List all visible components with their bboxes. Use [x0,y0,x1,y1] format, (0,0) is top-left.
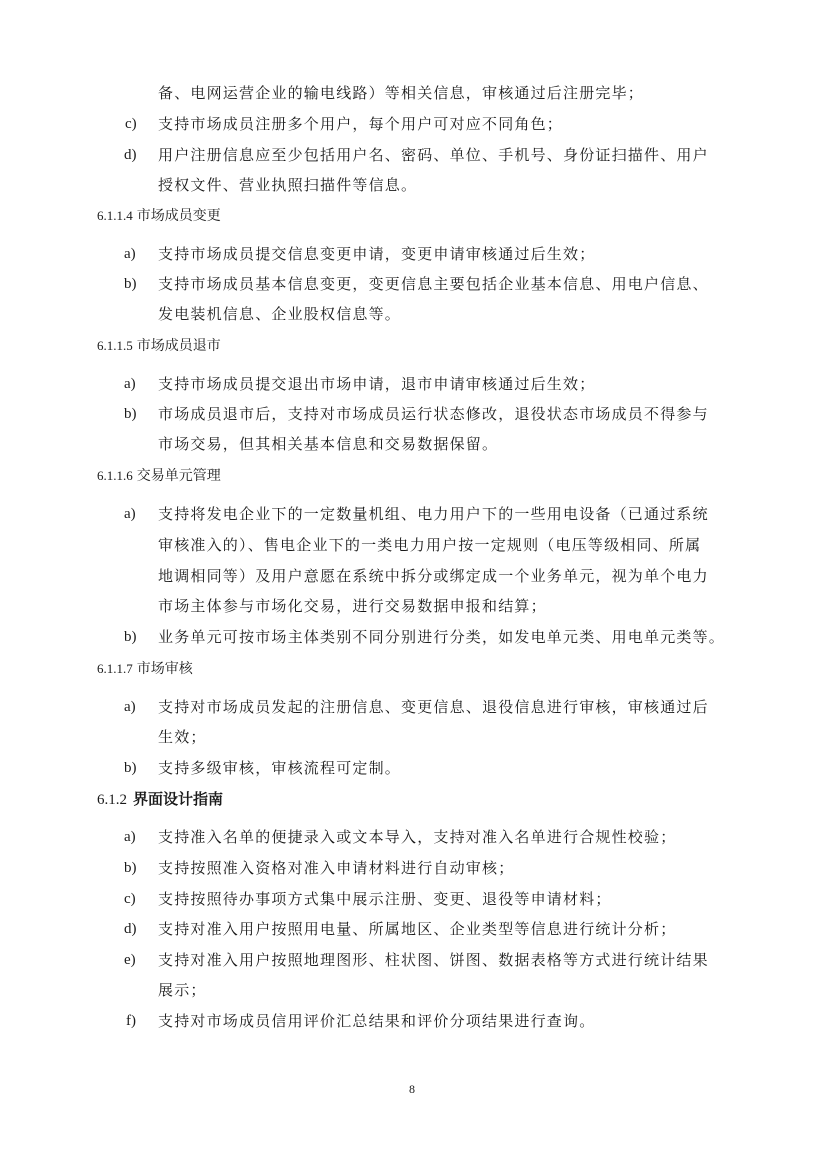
section-title: 市场审核 [137,661,193,677]
list-item-text: 展示； [158,980,207,1000]
list-item-text: 支持市场成员提交退出市场申请，退市申请审核通过后生效； [158,374,595,394]
list-item-text: 支持按照待办事项方式集中展示注册、变更、退役等申请材料； [158,889,612,909]
list-item-text: 支持按照准入资格对准入申请材料进行自动审核； [158,858,514,878]
section-title: 市场成员退市 [137,338,221,354]
list-item-text: 授权文件、营业执照扫描件等信息。 [158,175,417,195]
list-item-text: 支持对准入用户按照用电量、所属地区、企业类型等信息进行统计分析； [158,919,676,939]
list-item-text: 市场成员退市后，支持对市场成员运行状态修改，退役状态市场成员不得参与 [158,404,709,424]
list-item-text: 支持对市场成员信用评价汇总结果和评价分项结果进行查询。 [158,1011,595,1031]
page-number: 8 [409,1082,415,1097]
section-title: 交易单元管理 [137,468,221,484]
list-item-text: 地调相同等）及用户意愿在系统中拆分或绑定成一个业务单元，视为单个电力 [158,566,709,586]
list-item-text: 生效； [158,727,207,747]
list-item-text: 审核准入的）、售电企业下的一类电力用户按一定规则（电压等级相同、所属 [158,535,701,555]
list-item-text: 支持市场成员注册多个用户，每个用户可对应不同角色； [158,114,563,134]
list-item-text: 支持将发电企业下的一定数量机组、电力用户下的一些用电设备（已通过系统 [158,504,709,524]
list-item-text: 市场交易，但其相关基本信息和交易数据保留。 [158,434,498,454]
list-item-text: 支持准入名单的便捷录入或文本导入，支持对准入名单进行合规性校验； [158,827,676,847]
list-marker: b) [124,404,137,424]
list-marker: a) [124,697,136,717]
list-marker: b) [124,274,137,294]
list-marker: a) [124,374,136,394]
list-item-text: 用户注册信息应至少包括用户名、密码、单位、手机号、身份证扫描件、用户 [158,145,709,165]
list-marker: d) [124,919,137,939]
list-marker: c) [125,114,137,134]
section-heading: 6.1.1.7市场审核 [97,659,193,679]
section-number: 6.1.1.6 [97,468,133,483]
section-heading: 6.1.1.4市场成员变更 [97,206,221,226]
section-number: 6.1.1.5 [97,338,133,353]
list-marker: a) [124,827,136,847]
document-page: 备、电网运营企业的输电线路）等相关信息，审核通过后注册完毕； c) 支持市场成员… [0,0,827,1169]
section-number: 6.1.1.7 [97,661,133,676]
list-item-text: 支持多级审核，审核流程可定制。 [158,758,401,778]
list-marker: a) [124,504,136,524]
list-marker: b) [124,627,137,647]
list-item-text: 支持市场成员提交信息变更申请，变更申请审核通过后生效； [158,244,595,264]
list-item-text: 支持对准入用户按照地理图形、柱状图、饼图、数据表格等方式进行统计结果 [158,950,709,970]
list-item-text: 业务单元可按市场主体类别不同分别进行分类，如发电单元类、用电单元类等。 [158,627,725,647]
section-title: 市场成员变更 [137,208,221,224]
list-marker: b) [124,858,137,878]
list-marker: d) [124,145,137,165]
section-number: 6.1.1.4 [97,208,133,223]
list-marker: a) [124,244,136,264]
section-heading: 6.1.1.6交易单元管理 [97,466,221,486]
subsection-title: 界面设计指南 [133,790,223,808]
subsection-heading: 6.1.2界面设计指南 [97,789,223,810]
subsection-number: 6.1.2 [97,792,127,808]
list-item-text: 支持市场成员基本信息变更，变更信息主要包括企业基本信息、用电户信息、 [158,274,709,294]
section-heading: 6.1.1.5市场成员退市 [97,336,221,356]
list-item-text: 市场主体参与市场化交易，进行交易数据申报和结算； [158,596,547,616]
list-item-text: 发电装机信息、企业股权信息等。 [158,304,401,324]
list-marker: b) [124,758,137,778]
list-marker: f) [126,1011,136,1031]
list-item-text: 支持对市场成员发起的注册信息、变更信息、退役信息进行审核，审核通过后 [158,697,709,717]
list-marker: e) [124,950,136,970]
continuation-text: 备、电网运营企业的输电线路）等相关信息，审核通过后注册完毕； [158,83,644,103]
list-marker: c) [124,889,136,909]
